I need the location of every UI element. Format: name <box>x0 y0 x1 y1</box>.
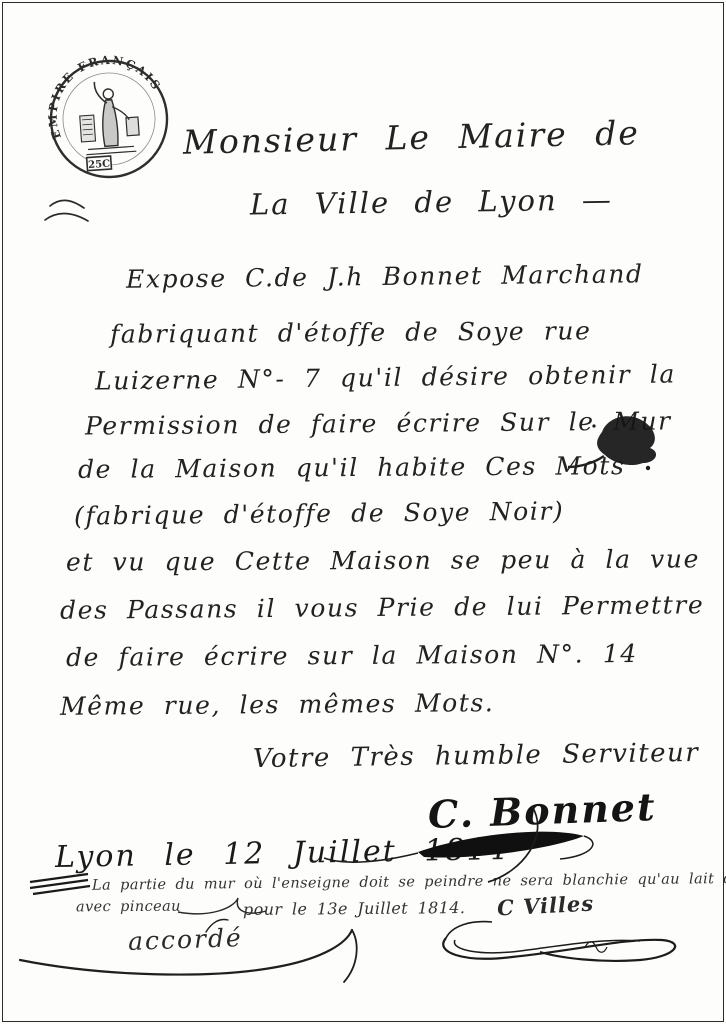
body-line: des Passans il vous Prie de lui Permettr… <box>60 590 705 625</box>
body-line: fabriquant d'étoffe de Soye rue <box>110 316 592 348</box>
official-paraph-flourish <box>443 922 675 961</box>
paraph-squiggle <box>45 200 88 221</box>
petitioner-signature: C. Bonnet <box>427 784 657 837</box>
body-line: et vu que Cette Maison se peu à la vue <box>66 544 700 576</box>
body-line: de faire écrire sur la Maison N°. 14 <box>66 639 638 672</box>
body-line: Permission de faire écrire Sur le Mur <box>85 406 672 440</box>
seal-figure <box>77 79 140 155</box>
seal-denomination-box: 25C <box>87 156 112 171</box>
approval-word: accordé <box>128 923 244 956</box>
empire-francais-seal: EMPIRE FRANÇAIS 25C <box>46 56 172 186</box>
salutation-line-2: La Ville de Lyon — <box>250 182 613 221</box>
salutation-line-1: Monsieur Le Maire de <box>183 113 641 162</box>
margin-note-date: pour le 13e Juillet 1814. <box>243 898 466 919</box>
body-line: Expose C.de J.h Bonnet Marchand <box>126 259 644 293</box>
body-line: de la Maison qu'il habite Ces Mots <box>78 451 626 484</box>
official-signature-villes: C Villes <box>496 890 594 920</box>
margin-note-line-1: La partie du mur où l'enseigne doit se p… <box>92 870 726 893</box>
margin-note-pinceau: avec pinceau <box>76 899 181 916</box>
strike-marks <box>30 874 90 894</box>
body-line: (fabrique d'étoffe de Soye Noir) <box>74 496 565 530</box>
scanned-letter-page: EMPIRE FRANÇAIS 25C Monsieur Le Maire de… <box>0 0 726 1024</box>
body-line: Luizerne N°- 7 qu'il désire obtenir la <box>95 359 676 395</box>
closing-formula: Votre Très humble Serviteur <box>253 738 700 774</box>
body-line: Même rue, les mêmes Mots. <box>60 688 495 721</box>
dateline: Lyon le 12 Juillet 1814 <box>55 832 509 875</box>
seal-denomination: 25C <box>88 159 111 172</box>
